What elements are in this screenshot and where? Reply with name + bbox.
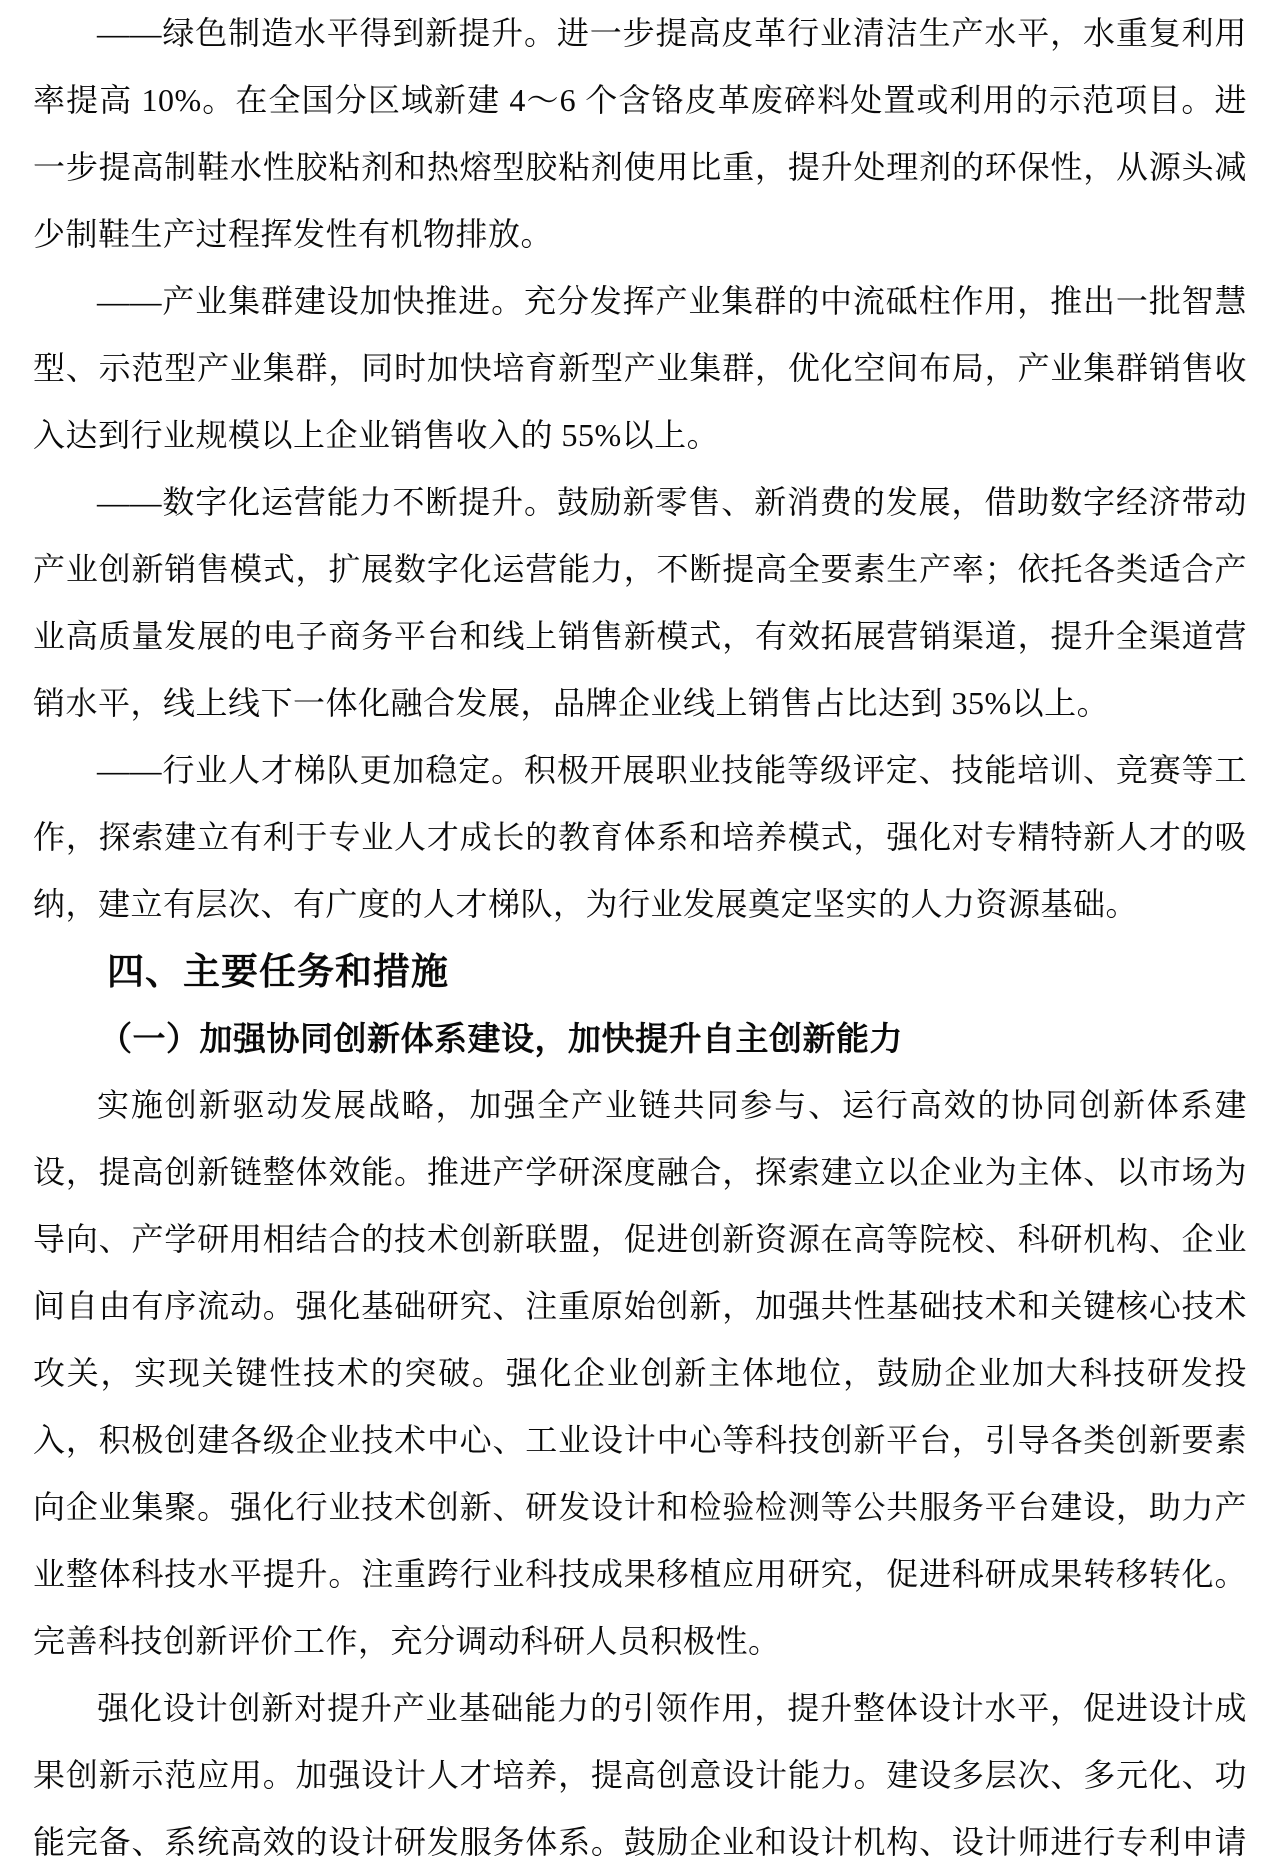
paragraph-digital-operations: ——数字化运营能力不断提升。鼓励新零售、新消费的发展，借助数字经济带动产业创新销… [33, 469, 1247, 737]
section-heading-main-tasks: 四、主要任务和措施 [33, 938, 1247, 1005]
subsection-heading-innovation-system: （一）加强协同创新体系建设，加快提升自主创新能力 [33, 1005, 1247, 1072]
paragraph-industry-clusters: ——产业集群建设加快推进。充分发挥产业集群的中流砥柱作用，推出一批智慧型、示范型… [33, 268, 1247, 469]
paragraph-design-innovation: 强化设计创新对提升产业基础能力的引领作用，提升整体设计水平，促进设计成果创新示范… [33, 1675, 1247, 1872]
document-page: ——绿色制造水平得到新提升。进一步提高皮革行业清洁生产水平，水重复利用率提高 1… [0, 0, 1280, 1872]
paragraph-innovation-driven-development: 实施创新驱动发展战略，加强全产业链共同参与、运行高效的协同创新体系建设，提高创新… [33, 1072, 1247, 1675]
paragraph-green-manufacturing: ——绿色制造水平得到新提升。进一步提高皮革行业清洁生产水平，水重复利用率提高 1… [33, 0, 1247, 268]
paragraph-talent-pipeline: ——行业人才梯队更加稳定。积极开展职业技能等级评定、技能培训、竞赛等工作，探索建… [33, 737, 1247, 938]
